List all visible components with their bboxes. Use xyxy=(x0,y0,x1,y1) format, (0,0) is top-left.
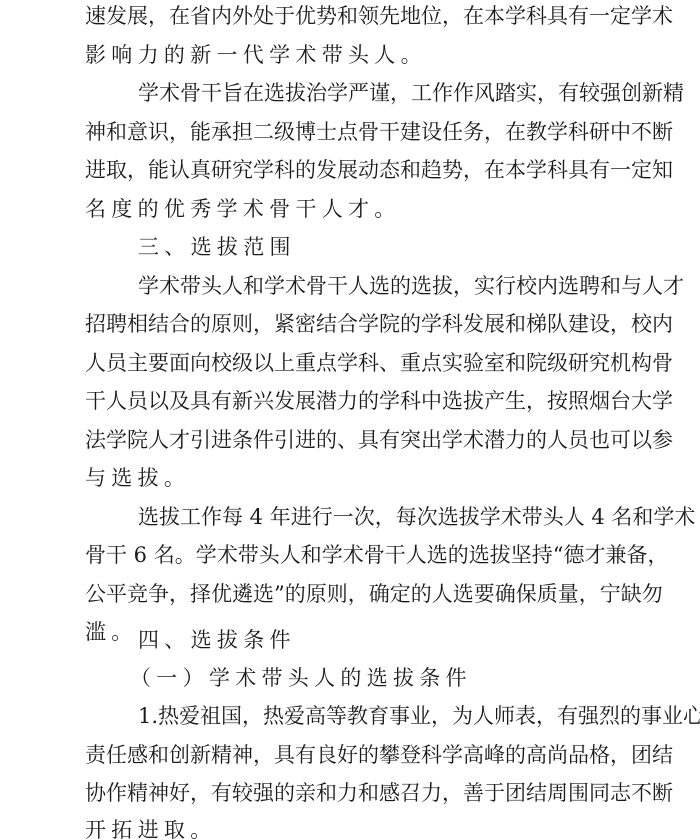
paragraph-line: 人员主要面向校级以上重点学科、重点实验室和院级研究机构骨 xyxy=(85,350,617,376)
paragraph-line: 开拓进取。 xyxy=(85,817,617,840)
paragraph-line: 学术带头人和学术骨干人选的选拔，实行校内选聘和与人才 xyxy=(138,273,617,299)
paragraph-line: 协作精神好，有较强的亲和力和感召力，善于团结周围同志不断 xyxy=(85,780,617,806)
paragraph-line: 速发展，在省内外处于优势和领先地位，在本学科具有一定学术 xyxy=(85,3,617,29)
paragraph-line: 法学院人才引进条件引进的、具有突出学术潜力的人员也可以参 xyxy=(85,427,617,453)
paragraph-line: 与选拔。 xyxy=(85,465,617,491)
paragraph-line: 进取，能认真研究学科的发展动态和趋势，在本学科具有一定知 xyxy=(85,157,617,183)
paragraph-line: 学术骨干旨在选拔治学严谨，工作作风踏实，有较强创新精 xyxy=(138,80,617,106)
paragraph-line: 选拔工作每 4 年进行一次，每次选拔学术带头人 4 名和学术 xyxy=(138,504,617,530)
paragraph-line: 干人员以及具有新兴发展潜力的学科中选拔产生，按照烟台大学 xyxy=(85,388,617,414)
paragraph-line: 责任感和创新精神，具有良好的攀登科学高峰的高尚品格，团结 xyxy=(85,742,617,768)
paragraph-line: 影响力的新一代学术带头人。 xyxy=(85,42,617,68)
paragraph-line: 1.热爱祖国，热爱高等教育事业，为人师表，有强烈的事业心、 xyxy=(138,703,617,729)
paragraph-line: 名度的优秀学术骨干人才。 xyxy=(85,196,617,222)
section-heading: 三、选拔范围 xyxy=(138,234,617,260)
subsection-heading: （一）学术带头人的选拔条件 xyxy=(130,665,617,691)
paragraph-line: 公平竞争，择优遴选”的原则，确定的人选要确保质量，宁缺勿 xyxy=(85,581,617,607)
paragraph-line: 神和意识，能承担二级博士点骨干建设任务，在教学科研中不断 xyxy=(85,119,617,145)
paragraph-line: 招聘相结合的原则，紧密结合学院的学科发展和梯队建设，校内 xyxy=(85,311,617,337)
section-heading: 四、选拔条件 xyxy=(138,627,617,653)
paragraph-line: 骨干 6 名。学术带头人和学术骨干人选的选拔坚持“德才兼备， xyxy=(85,542,617,568)
